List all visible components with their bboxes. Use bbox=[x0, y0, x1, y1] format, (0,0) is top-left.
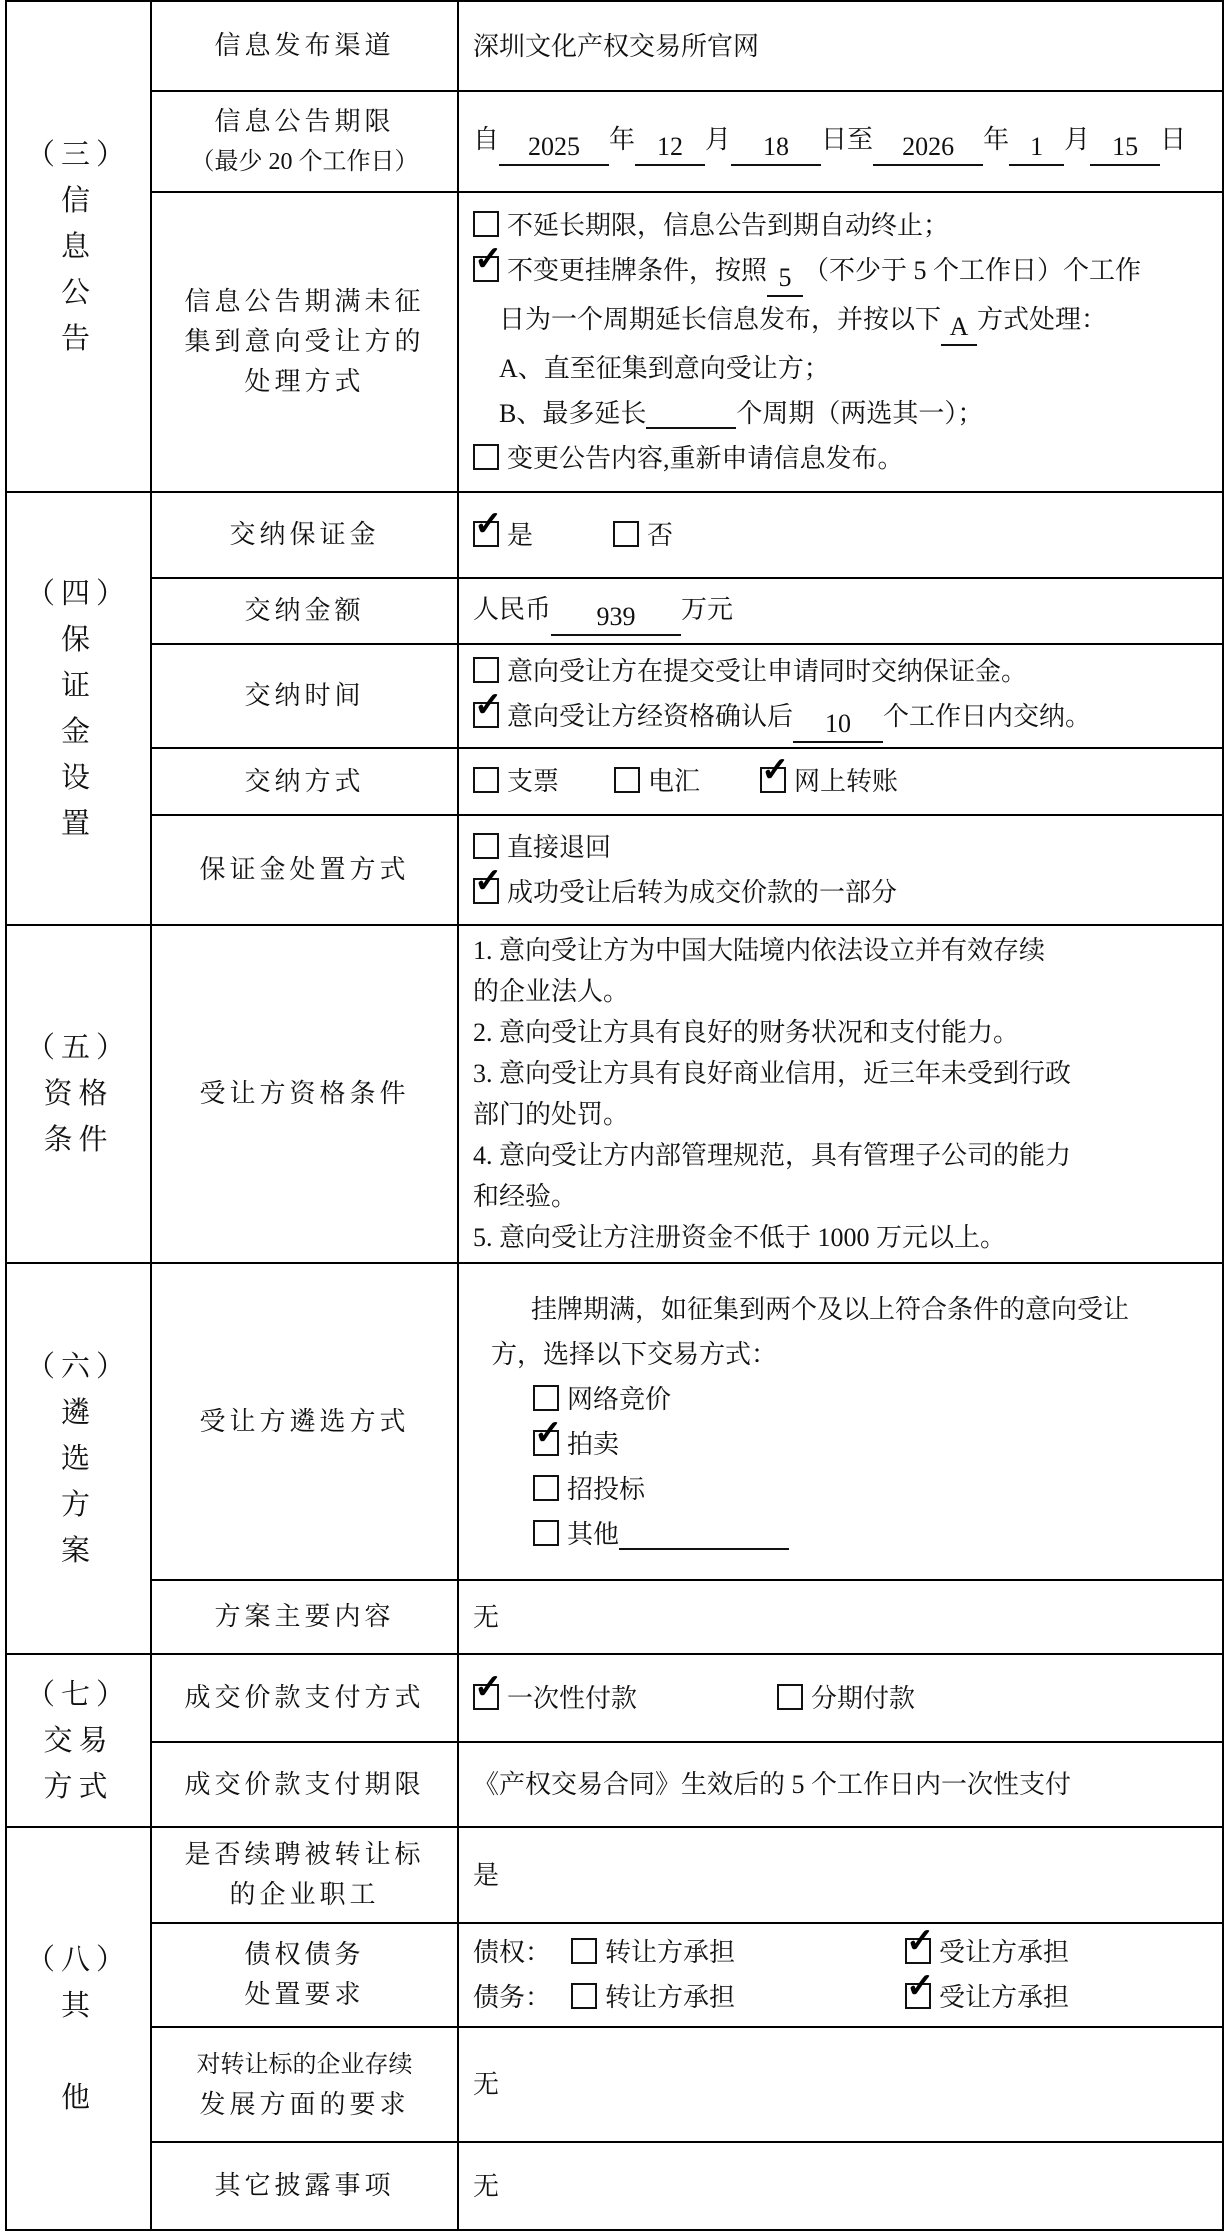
checkbox-checked-icon[interactable] bbox=[905, 1983, 931, 2009]
fill-in-field[interactable]: A bbox=[941, 310, 977, 346]
spacer bbox=[473, 1497, 533, 1498]
text: 4. 意向受让方内部管理规范，具有管理子公司的能力 bbox=[473, 1141, 1071, 1170]
label-line: 信息发布渠道 bbox=[152, 26, 457, 66]
row-label-announcement-period: 信息公告期限（最少 20 个工作日） bbox=[151, 91, 458, 192]
text: 方，选择以下交易方式： bbox=[491, 1340, 777, 1369]
row-label-selection-method: 受让方遴选方式 bbox=[151, 1263, 458, 1580]
label-line: 处理方式 bbox=[152, 362, 457, 402]
label-line: 信 bbox=[7, 178, 150, 224]
label-line: （四） bbox=[7, 571, 150, 617]
cell-expiry-handling: 不延长期限，信息公告到期自动终止；不变更挂牌条件，按照5（不少于 5 个工作日）… bbox=[458, 192, 1223, 492]
spacer bbox=[735, 2005, 905, 2006]
label-line: 保 bbox=[7, 617, 150, 663]
label-line: 受让方资格条件 bbox=[152, 1074, 457, 1114]
label-line: 置 bbox=[7, 801, 150, 847]
label-line: （八） bbox=[7, 1937, 150, 1983]
content-line: 是 bbox=[459, 1853, 1214, 1898]
content-line: 3. 意向受让方具有良好商业信用，近三年未受到行政 bbox=[459, 1053, 1214, 1094]
row-label-plan-main-content: 方案主要内容 bbox=[151, 1580, 458, 1654]
text: 债权： bbox=[473, 1938, 551, 1967]
spacer bbox=[533, 543, 613, 544]
text: 网上转账 bbox=[794, 767, 898, 796]
label-line: 债权债务 bbox=[152, 1935, 457, 1975]
spacer bbox=[473, 376, 499, 377]
fill-in-field[interactable]: 939 bbox=[551, 600, 681, 636]
content-line: 2. 意向受让方具有良好的财务状况和支付能力。 bbox=[459, 1012, 1214, 1053]
text: 受让方承担 bbox=[939, 1938, 1069, 1967]
content-line: 成功受让后转为成交价款的一部分 bbox=[459, 870, 1214, 915]
section-label-5-qualification: （五）资格条件 bbox=[6, 925, 151, 1263]
label-line: 证 bbox=[7, 663, 150, 709]
label-line: （六） bbox=[7, 1344, 150, 1390]
text: 拍卖 bbox=[567, 1430, 619, 1459]
checkbox-checked-icon[interactable] bbox=[473, 521, 499, 547]
cell-rehire-employees: 是 bbox=[458, 1827, 1223, 1923]
spacer bbox=[473, 1452, 533, 1453]
spacer bbox=[559, 789, 614, 790]
cell-pay-deposit: 是否 bbox=[458, 492, 1223, 578]
text: 债务： bbox=[473, 1983, 551, 2012]
cell-payment-deadline: 《产权交易合同》生效后的 5 个工作日内一次性支付 bbox=[458, 1742, 1223, 1827]
text: 部门的处罚。 bbox=[473, 1100, 629, 1129]
row-label-rehire-employees: 是否续聘被转让标的企业职工 bbox=[151, 1827, 458, 1923]
content-line: 部门的处罚。 bbox=[459, 1094, 1214, 1135]
content-line: 不延长期限，信息公告到期自动终止； bbox=[459, 203, 1214, 248]
fill-in-field[interactable]: 2025 bbox=[499, 130, 609, 166]
label-line: 条件 bbox=[7, 1117, 150, 1163]
row-label-debt-disposal: 债权债务处置要求 bbox=[151, 1923, 458, 2027]
fill-in-field[interactable]: 18 bbox=[731, 130, 821, 166]
content-line: 自2025年12月18日至2026年1月15日 bbox=[459, 117, 1214, 166]
label-line: 成交价款支付期限 bbox=[152, 1765, 457, 1805]
label-line: 设 bbox=[7, 755, 150, 801]
spacer bbox=[473, 1542, 533, 1543]
content-line: A、直至征集到意向受让方； bbox=[459, 346, 1214, 391]
content-line: 无 bbox=[459, 1595, 1214, 1640]
label-line: 遴 bbox=[7, 1390, 150, 1436]
section-label-6-selection-plan: （六）遴选方案 bbox=[6, 1263, 151, 1654]
content-line: 的企业法人。 bbox=[459, 971, 1214, 1012]
text: 人民币 bbox=[473, 595, 551, 624]
label-line: 选 bbox=[7, 1436, 150, 1482]
content-line: 意向受让方经资格确认后10个工作日内交纳。 bbox=[459, 694, 1214, 743]
content-line: 和经验。 bbox=[459, 1176, 1214, 1217]
content-line: 招投标 bbox=[459, 1467, 1214, 1512]
text: 月 bbox=[1064, 125, 1090, 154]
checkbox-unchecked-icon[interactable] bbox=[533, 1520, 559, 1546]
content-line: 人民币939万元 bbox=[459, 587, 1214, 636]
fill-in-field[interactable]: 5 bbox=[767, 261, 803, 297]
label-line: 成交价款支付方式 bbox=[152, 1678, 457, 1718]
spacer bbox=[473, 1317, 531, 1318]
text: 无 bbox=[473, 2070, 499, 2099]
fill-in-field[interactable] bbox=[619, 1514, 789, 1550]
content-line: 不变更挂牌条件，按照5（不少于 5 个工作日）个工作 bbox=[459, 248, 1214, 297]
content-line: 意向受让方在提交受让申请同时交纳保证金。 bbox=[459, 649, 1214, 694]
section-label-4-deposit-setup: （四）保证金设置 bbox=[6, 492, 151, 925]
row-label-expiry-handling: 信息公告期满未征集到意向受让方的处理方式 bbox=[151, 192, 458, 492]
text: 《产权交易合同》生效后的 5 个工作日内一次性支付 bbox=[473, 1770, 1071, 1799]
checkbox-unchecked-icon[interactable] bbox=[473, 767, 499, 793]
text: 1. 意向受让方为中国大陆境内依法设立并有效存续 bbox=[473, 936, 1045, 965]
cell-plan-main-content: 无 bbox=[458, 1580, 1223, 1654]
content-line: 方，选择以下交易方式： bbox=[459, 1332, 1214, 1377]
content-line: 深圳文化产权交易所官网 bbox=[459, 24, 1214, 69]
checkbox-unchecked-icon[interactable] bbox=[473, 657, 499, 683]
text: 招投标 bbox=[567, 1475, 645, 1504]
spacer bbox=[473, 327, 499, 328]
text: 日至 bbox=[821, 125, 873, 154]
text: 无 bbox=[473, 1603, 499, 1632]
row-label-deposit-time: 交纳时间 bbox=[151, 644, 458, 748]
label-line: 金 bbox=[7, 709, 150, 755]
text: 网络竞价 bbox=[567, 1385, 671, 1414]
checkbox-unchecked-icon[interactable] bbox=[473, 833, 499, 859]
label-line: 受让方遴选方式 bbox=[152, 1402, 457, 1442]
fill-in-field[interactable]: 10 bbox=[793, 707, 883, 743]
row-label-pay-deposit: 交纳保证金 bbox=[151, 492, 458, 578]
content-line: 挂牌期满，如征集到两个及以上符合条件的意向受让 bbox=[459, 1287, 1214, 1332]
text: 成功受让后转为成交价款的一部分 bbox=[507, 878, 897, 907]
label-line: 方案主要内容 bbox=[152, 1597, 457, 1637]
label-line: 交纳方式 bbox=[152, 762, 457, 802]
label-line: 案 bbox=[7, 1528, 150, 1574]
content-line: 4. 意向受让方内部管理规范，具有管理子公司的能力 bbox=[459, 1135, 1214, 1176]
text: 挂牌期满，如征集到两个及以上符合条件的意向受让 bbox=[531, 1295, 1129, 1324]
fill-in-field[interactable] bbox=[646, 393, 736, 429]
text: 年 bbox=[609, 125, 635, 154]
cell-selection-method: 挂牌期满，如征集到两个及以上符合条件的意向受让方，选择以下交易方式：网络竞价拍卖… bbox=[458, 1263, 1223, 1580]
text: 变更公告内容,重新申请信息发布。 bbox=[507, 444, 904, 473]
content-line: 网络竞价 bbox=[459, 1377, 1214, 1422]
text: 其他 bbox=[567, 1520, 619, 1549]
checkbox-unchecked-icon[interactable] bbox=[533, 1385, 559, 1411]
label-line: 交易 bbox=[7, 1718, 150, 1764]
label-line: 发展方面的要求 bbox=[152, 2085, 457, 2125]
cell-other-disclosures: 无 bbox=[458, 2142, 1223, 2230]
section-label-7-transaction-method: （七）交易方式 bbox=[6, 1654, 151, 1827]
content-line: 债务：转让方承担受让方承担 bbox=[459, 1975, 1214, 2020]
cell-deposit-time: 意向受让方在提交受让申请同时交纳保证金。意向受让方经资格确认后10个工作日内交纳… bbox=[458, 644, 1223, 748]
label-line: 处置要求 bbox=[152, 1975, 457, 2015]
text: 支票 bbox=[507, 767, 559, 796]
spacer bbox=[473, 421, 499, 422]
spacer bbox=[473, 1362, 491, 1363]
text: 月 bbox=[705, 125, 731, 154]
label-line: 交纳时间 bbox=[152, 676, 457, 716]
content-line: 日为一个周期延长信息发布，并按以下A方式处理： bbox=[459, 297, 1214, 346]
section-label-8-others: （八）其 他 bbox=[6, 1827, 151, 2230]
text: 转让方承担 bbox=[605, 1938, 735, 1967]
text: 直接退回 bbox=[507, 833, 611, 862]
checkbox-checked-icon[interactable] bbox=[473, 256, 499, 282]
cell-deposit-method: 支票电汇网上转账 bbox=[458, 748, 1223, 815]
text: 个周期（两选其一）； bbox=[736, 399, 983, 428]
label-line: （三） bbox=[7, 132, 150, 178]
text: 分期付款 bbox=[811, 1684, 915, 1713]
content-line: 是否 bbox=[459, 513, 1214, 558]
text: A、直至征集到意向受让方； bbox=[499, 354, 830, 383]
checkbox-unchecked-icon[interactable] bbox=[473, 211, 499, 237]
checkbox-unchecked-icon[interactable] bbox=[571, 1938, 597, 1964]
label-line: 他 bbox=[7, 2075, 150, 2121]
text: 意向受让方在提交受让申请同时交纳保证金。 bbox=[507, 657, 1027, 686]
text: （不少于 5 个工作日）个工作 bbox=[803, 256, 1141, 285]
cell-info-release-channel: 深圳文化产权交易所官网 bbox=[458, 1, 1223, 91]
text: 5. 意向受让方注册资金不低于 1000 万元以上。 bbox=[473, 1223, 1006, 1252]
content-line: 债权：转让方承担受让方承担 bbox=[459, 1930, 1214, 1975]
content-line: 其他 bbox=[459, 1512, 1214, 1557]
label-line: （最少 20 个工作日） bbox=[152, 142, 457, 182]
cell-announcement-period: 自2025年12月18日至2026年1月15日 bbox=[458, 91, 1223, 192]
section-label-3-information-announcement: （三）信息公告 bbox=[6, 1, 151, 492]
checkbox-unchecked-icon[interactable] bbox=[533, 1475, 559, 1501]
checkbox-checked-icon[interactable] bbox=[760, 767, 786, 793]
text: 年 bbox=[983, 125, 1009, 154]
text: 深圳文化产权交易所官网 bbox=[473, 32, 759, 61]
text: 电汇 bbox=[648, 767, 700, 796]
checkbox-checked-icon[interactable] bbox=[473, 1684, 499, 1710]
row-label-payment-deadline: 成交价款支付期限 bbox=[151, 1742, 458, 1827]
cell-payment-method: 一次性付款分期付款 bbox=[458, 1654, 1223, 1742]
checkbox-unchecked-icon[interactable] bbox=[777, 1684, 803, 1710]
text: B、最多延长 bbox=[499, 399, 646, 428]
row-label-info-release-channel: 信息发布渠道 bbox=[151, 1, 458, 91]
spacer bbox=[551, 2005, 571, 2006]
content-line: 拍卖 bbox=[459, 1422, 1214, 1467]
checkbox-unchecked-icon[interactable] bbox=[473, 444, 499, 470]
text: 无 bbox=[473, 2172, 499, 2201]
text: 个工作日内交纳。 bbox=[883, 702, 1091, 731]
row-label-continuation-requirements: 对转让标的企业存续发展方面的要求 bbox=[151, 2027, 458, 2142]
text: 否 bbox=[647, 521, 673, 550]
row-label-deposit-amount: 交纳金额 bbox=[151, 578, 458, 644]
label-line: 是否续聘被转让标 bbox=[152, 1835, 457, 1875]
text: 的企业法人。 bbox=[473, 977, 629, 1006]
text: 3. 意向受让方具有良好商业信用，近三年未受到行政 bbox=[473, 1059, 1071, 1088]
fill-in-field[interactable]: 1 bbox=[1009, 130, 1064, 166]
checkbox-checked-icon[interactable] bbox=[473, 878, 499, 904]
spacer bbox=[637, 1706, 777, 1707]
label-line: 交纳金额 bbox=[152, 591, 457, 631]
fill-in-field[interactable]: 2026 bbox=[873, 130, 983, 166]
label-line: 息 bbox=[7, 224, 150, 270]
text: 2. 意向受让方具有良好的财务状况和支付能力。 bbox=[473, 1018, 1019, 1047]
text: 转让方承担 bbox=[605, 1983, 735, 2012]
label-line: 方 bbox=[7, 1482, 150, 1528]
label-line bbox=[7, 2029, 150, 2075]
content-line: 无 bbox=[459, 2164, 1214, 2209]
content-line: 5. 意向受让方注册资金不低于 1000 万元以上。 bbox=[459, 1217, 1214, 1258]
label-line: 对转让标的企业存续 bbox=[152, 2045, 457, 2085]
text: 万元 bbox=[681, 595, 733, 624]
content-line: 《产权交易合同》生效后的 5 个工作日内一次性支付 bbox=[459, 1762, 1214, 1807]
spacer bbox=[700, 789, 760, 790]
text: 和经验。 bbox=[473, 1182, 577, 1211]
label-line: 公 bbox=[7, 270, 150, 316]
text: 是 bbox=[507, 521, 533, 550]
checkbox-checked-icon[interactable] bbox=[473, 702, 499, 728]
spacer bbox=[735, 1960, 905, 1961]
label-line: 资格 bbox=[7, 1071, 150, 1117]
text: 不变更挂牌条件，按照 bbox=[507, 256, 767, 285]
content-line: 1. 意向受让方为中国大陆境内依法设立并有效存续 bbox=[459, 930, 1214, 971]
fill-in-field[interactable]: 15 bbox=[1090, 130, 1160, 166]
text: 意向受让方经资格确认后 bbox=[507, 702, 793, 731]
label-line: 交纳保证金 bbox=[152, 515, 457, 555]
text: 一次性付款 bbox=[507, 1684, 637, 1713]
label-line: 方式 bbox=[7, 1764, 150, 1810]
row-label-other-disclosures: 其它披露事项 bbox=[151, 2142, 458, 2230]
row-label-transferee-qualification: 受让方资格条件 bbox=[151, 925, 458, 1263]
label-line: 信息公告期限 bbox=[152, 102, 457, 142]
label-line: 集到意向受让方的 bbox=[152, 322, 457, 362]
row-label-deposit-method: 交纳方式 bbox=[151, 748, 458, 815]
spacer bbox=[551, 1960, 571, 1961]
label-line: 保证金处置方式 bbox=[152, 850, 457, 890]
label-line: （五） bbox=[7, 1025, 150, 1071]
text: 自 bbox=[473, 125, 499, 154]
fill-in-field[interactable]: 12 bbox=[635, 130, 705, 166]
checkbox-unchecked-icon[interactable] bbox=[613, 521, 639, 547]
spacer bbox=[473, 1407, 533, 1408]
content-line: B、最多延长个周期（两选其一）； bbox=[459, 391, 1214, 436]
cell-deposit-amount: 人民币939万元 bbox=[458, 578, 1223, 644]
content-line: 变更公告内容,重新申请信息发布。 bbox=[459, 436, 1214, 481]
checkbox-checked-icon[interactable] bbox=[533, 1430, 559, 1456]
text: 方式处理： bbox=[977, 305, 1107, 334]
content-line: 无 bbox=[459, 2062, 1214, 2107]
cell-deposit-disposal: 直接退回成功受让后转为成交价款的一部分 bbox=[458, 815, 1223, 925]
text: 不延长期限，信息公告到期自动终止； bbox=[507, 211, 949, 240]
content-line: 一次性付款分期付款 bbox=[459, 1676, 1214, 1721]
cell-continuation-requirements: 无 bbox=[458, 2027, 1223, 2142]
checkbox-unchecked-icon[interactable] bbox=[614, 767, 640, 793]
content-line: 支票电汇网上转账 bbox=[459, 759, 1214, 804]
label-line: 其它披露事项 bbox=[152, 2166, 457, 2206]
listing-form-table: （三）信息公告 信息发布渠道 深圳文化产权交易所官网 信息公告期限（最少 20 … bbox=[5, 0, 1224, 2231]
label-line: 告 bbox=[7, 316, 150, 362]
text: 受让方承担 bbox=[939, 1983, 1069, 2012]
row-label-payment-method: 成交价款支付方式 bbox=[151, 1654, 458, 1742]
label-line: 其 bbox=[7, 1983, 150, 2029]
label-line: 信息公告期满未征 bbox=[152, 282, 457, 322]
checkbox-checked-icon[interactable] bbox=[905, 1938, 931, 1964]
content-line: 直接退回 bbox=[459, 825, 1214, 870]
text: 日 bbox=[1160, 125, 1186, 154]
text: 日为一个周期延长信息发布，并按以下 bbox=[499, 305, 941, 334]
label-line: （七） bbox=[7, 1672, 150, 1718]
label-line: 的企业职工 bbox=[152, 1875, 457, 1915]
cell-transferee-qualification: 1. 意向受让方为中国大陆境内依法设立并有效存续的企业法人。2. 意向受让方具有… bbox=[458, 925, 1223, 1263]
row-label-deposit-disposal: 保证金处置方式 bbox=[151, 815, 458, 925]
checkbox-unchecked-icon[interactable] bbox=[571, 1983, 597, 2009]
cell-debt-disposal: 债权：转让方承担受让方承担债务：转让方承担受让方承担 bbox=[458, 1923, 1223, 2027]
text: 是 bbox=[473, 1861, 499, 1890]
